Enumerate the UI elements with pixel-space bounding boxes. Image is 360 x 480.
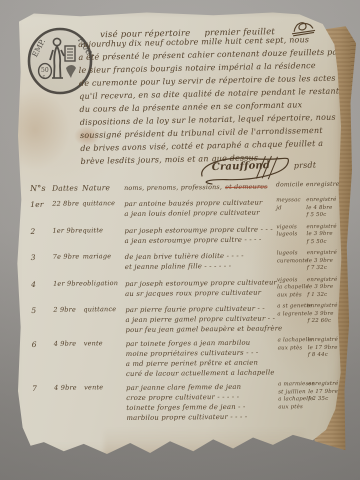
domicile-line: a lachapelle [278, 396, 308, 404]
table-row: 4 1er 9bre obligation par joseph estorou… [31, 276, 339, 302]
signature-name: Crauffond [212, 160, 271, 173]
act-parties: par jeanne clare femme de jean croze pro… [126, 381, 278, 423]
act-enregistrement: enregistré le 3 9bre f 5 50c [306, 223, 338, 246]
header-parties-struck-text: et demeures [225, 183, 268, 191]
act-nature: vente [84, 383, 126, 391]
act-nature: quittance [82, 199, 124, 207]
domicile-line: a st genette [277, 303, 307, 311]
act-nature: mariage [83, 252, 125, 260]
manuscript-sheet: EMP. FRAN. 50 c visé pour répertoire pre… [14, 8, 346, 464]
act-number: 5 [31, 306, 53, 315]
act-enregistrement: enregistré le 3 9bre f 7 32c [307, 250, 339, 273]
acts-table: N°s Dattes Nature noms, prenoms, profess… [30, 181, 341, 428]
header-parties-text: noms, prenoms, professions, [124, 183, 222, 192]
table-row: 2 1er 9bre quitte par joseph estoroumye … [30, 223, 338, 249]
domicile-line: a legrente [277, 311, 307, 319]
act-date: 22 8bre [52, 199, 82, 207]
act-line: et jeanne plaline fille - - - - - - [125, 260, 277, 272]
enreg-line: enregistré [306, 197, 338, 205]
act-parties: par joseph estoroumye propre cultre - - … [124, 224, 276, 246]
table-row: 1er 22 8bre quittance par antoine bauzés… [30, 197, 338, 223]
domicile-line: jd [276, 205, 306, 213]
enreg-line: f 8 44c [308, 352, 340, 360]
act-domicile: a lachapelle aux ptès [278, 337, 308, 352]
domicile-line: a lachapelle [278, 337, 308, 345]
table-row: 5 2 9bre quittance par pierre faurie pro… [31, 303, 339, 336]
domicile-line: la chapelle [277, 284, 307, 292]
enreg-line: enregistré [307, 250, 339, 258]
enreg-line: enregistré [307, 303, 339, 311]
act-line: pour feu jean gamel beaupère et beaufrèr… [125, 323, 277, 335]
enreg-line: le 17 9bre [308, 344, 340, 352]
domicile-line: aux ptès [278, 345, 308, 353]
act-parties: par joseph estoroumye propre cultivateur… [125, 277, 277, 299]
table-row: 3 7e 9bre mariage de jean brive tulière … [31, 250, 339, 276]
act-enregistrement: enregistré le 3 9bre f 1 32c [307, 276, 339, 299]
paper-stain [104, 428, 304, 468]
domicile-line: a marmiesse [278, 381, 308, 389]
act-nature: quitte [82, 226, 124, 234]
domicile-line: lugeols [277, 231, 307, 239]
enreg-line: f 22 60c [307, 318, 339, 326]
act-parties: par toinete forges a jean marbilou moine… [126, 337, 278, 379]
act-domicile: lugeols curemonte [277, 250, 307, 265]
act-nature: quittance [83, 305, 125, 313]
act-parties: par antoine bauzés propre cultivateur a … [124, 197, 276, 219]
act-domicile: vigeois la chapelle aux ptès [277, 277, 307, 300]
act-parties: par pierre faurie propre cultivateur - -… [125, 303, 277, 335]
act-enregistrement: enregistré le 17 9bre f 2 35c [308, 381, 340, 404]
act-domicile: meyssac jd [276, 197, 306, 212]
enreg-line: f 5 50c [306, 212, 338, 220]
header-nature: Nature [82, 183, 124, 192]
header-dates: Dattes [52, 183, 82, 192]
enreg-line: f 5 50c [307, 238, 339, 246]
act-line: curé de lacour actuellement a lachapelle [126, 367, 278, 379]
stamp-value-unit: c [43, 74, 46, 80]
enreg-line: enregistré [306, 223, 338, 231]
act-line: au sr jacques roux propre cultivateur [125, 287, 277, 299]
act-nature: vente [84, 339, 126, 347]
act-line: a jean louis doniel propre cultivateur [124, 207, 276, 219]
domicile-line: curemonte [277, 258, 307, 266]
enreg-line: enregistré [308, 337, 340, 345]
act-number: 1er [30, 200, 52, 209]
photographed-document: EMP. FRAN. 50 c visé pour répertoire pre… [0, 0, 360, 480]
act-domicile: a marmiesse st juillien a lachapelle aux… [278, 381, 308, 411]
visa-paragraph: aujourdhuy dix neuf octobre mille huit c… [78, 32, 349, 168]
archivist-pencil-number: 2 [40, 448, 45, 457]
domicile-line: aux ptès [278, 404, 308, 412]
act-date: 4 9bre [54, 339, 84, 347]
act-line: a jean estoroumye propre cultre - - - - [125, 234, 277, 246]
act-enregistrement: enregistré le 17 9bre f 8 44c [308, 337, 340, 360]
act-parties: de jean brive tulière diolite - - - - et… [125, 250, 277, 272]
header-domicile: domicile [276, 181, 306, 189]
signature-title: prsdt [294, 160, 317, 170]
act-domicile: vigeois lugeols [276, 224, 306, 239]
act-line: marbilou propre cultivateur - - - - [126, 411, 278, 423]
enreg-line: enregistré [308, 381, 340, 389]
act-date: 1er 9bre [53, 279, 83, 287]
paper-stain [0, 90, 70, 170]
enreg-line: f 2 35c [308, 396, 340, 404]
act-number: 4 [31, 279, 53, 288]
act-enregistrement: enregistré le 3 9bre f 22 60c [307, 303, 339, 326]
table-header-row: N°s Dattes Nature noms, prenoms, profess… [30, 181, 338, 194]
header-numbers: N°s [30, 184, 52, 193]
act-date: 2 9bre [53, 305, 83, 313]
act-domicile: a st genette a legrente [277, 303, 307, 318]
table-row: 7 4 9bre vente par jeanne clare femme de… [32, 381, 340, 424]
enreg-line: f 7 32c [307, 265, 339, 273]
act-enregistrement: enregistré le 4 8bre f 5 50c [306, 197, 338, 220]
act-nature: obligation [83, 279, 125, 287]
act-date: 7e 9bre [53, 252, 83, 260]
domicile-line: aux ptès [277, 292, 307, 300]
act-number: 3 [31, 253, 53, 262]
enreg-line: f 1 32c [307, 291, 339, 299]
header-parties: noms, prenoms, professions,et demeures [124, 181, 276, 193]
act-number: 2 [30, 226, 52, 235]
act-date: 4 9bre [54, 383, 84, 391]
enreg-line: enregistré [307, 276, 339, 284]
act-date: 1er 9bre [52, 226, 82, 234]
table-row: 6 4 9bre vente par toinete forges a jean… [32, 337, 340, 380]
act-number: 6 [32, 340, 54, 349]
act-number: 7 [32, 384, 54, 393]
